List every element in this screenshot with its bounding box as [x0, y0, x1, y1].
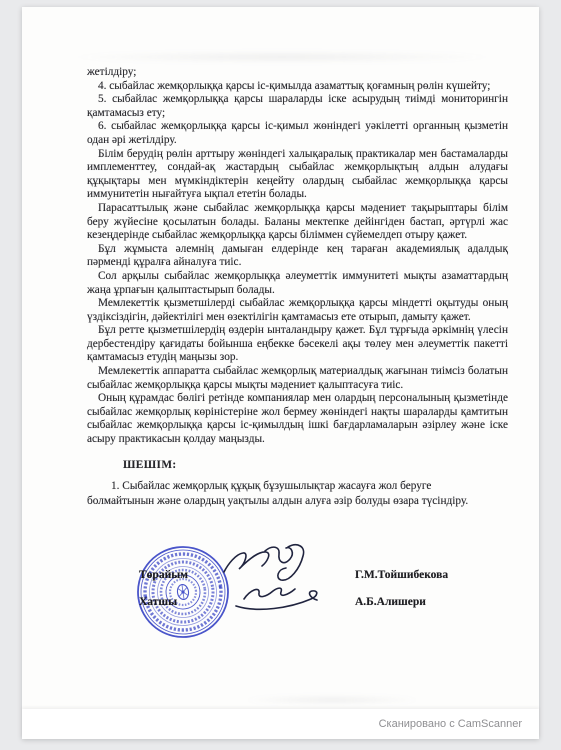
paragraph-item-5: 5. сыбайлас жемқорлыққа қарсы шараларды …	[87, 93, 508, 120]
paragraph: Сол арқылы сыбайлас жемқорлыққа әлеуметт…	[87, 270, 508, 297]
paragraph: Мемлекеттік қызметшілерді сыбайлас жемқо…	[87, 297, 508, 324]
signer-name-toyshibekova: Г.М.Тойшибекова	[355, 569, 448, 581]
handwritten-signatures-icon	[218, 542, 333, 632]
decision-item-1: 1. Сыбайлас жемқорлық құқық бұзушылықтар…	[87, 479, 475, 509]
paragraph: Білім берудің рөлін арттыру жөніндегі ха…	[87, 148, 508, 202]
paragraph: Бұл ретте қызметшілердің өздерін ынталан…	[87, 324, 508, 365]
paragraph: Мемлекеттік аппаратта сыбайлас жемқорлық…	[87, 365, 508, 392]
document-page: жетілдіру; 4. сыбайлас жемқорлыққа қарсы…	[22, 7, 539, 739]
signer-name-alisheri: А.Б.Алишери	[355, 596, 426, 608]
signer-role-chairwoman: Төрайым	[139, 569, 188, 581]
paragraph-item-4: 4. сыбайлас жемқорлыққа қарсы іс-қимылда…	[87, 80, 508, 94]
document-body: жетілдіру; 4. сыбайлас жемқорлыққа қарсы…	[22, 7, 539, 509]
paragraph: Бұл жұмыста әлемнің дамыған елдерінде ке…	[87, 243, 508, 270]
paragraph: жетілдіру;	[87, 66, 508, 80]
decision-heading: ШЕШІМ:	[87, 459, 508, 473]
signature-block: Төрайым Хатшы Г.М.Тойшибекова А.Б.Алишер…	[22, 537, 539, 707]
paragraph: Оның құрамдас бөлігі ретінде компаниялар…	[87, 392, 508, 446]
paragraph: Парасаттылық және сыбайлас жемқорлыққа қ…	[87, 202, 508, 243]
signer-role-secretary: Хатшы	[139, 596, 177, 608]
paragraph-item-6: 6. сыбайлас жемқорлыққа қарсы іс-қимыл ж…	[87, 120, 508, 147]
camscanner-watermark-text: Сканировано с CamScanner	[379, 718, 522, 730]
camscanner-watermark-bar: Сканировано с CamScanner	[22, 709, 539, 739]
